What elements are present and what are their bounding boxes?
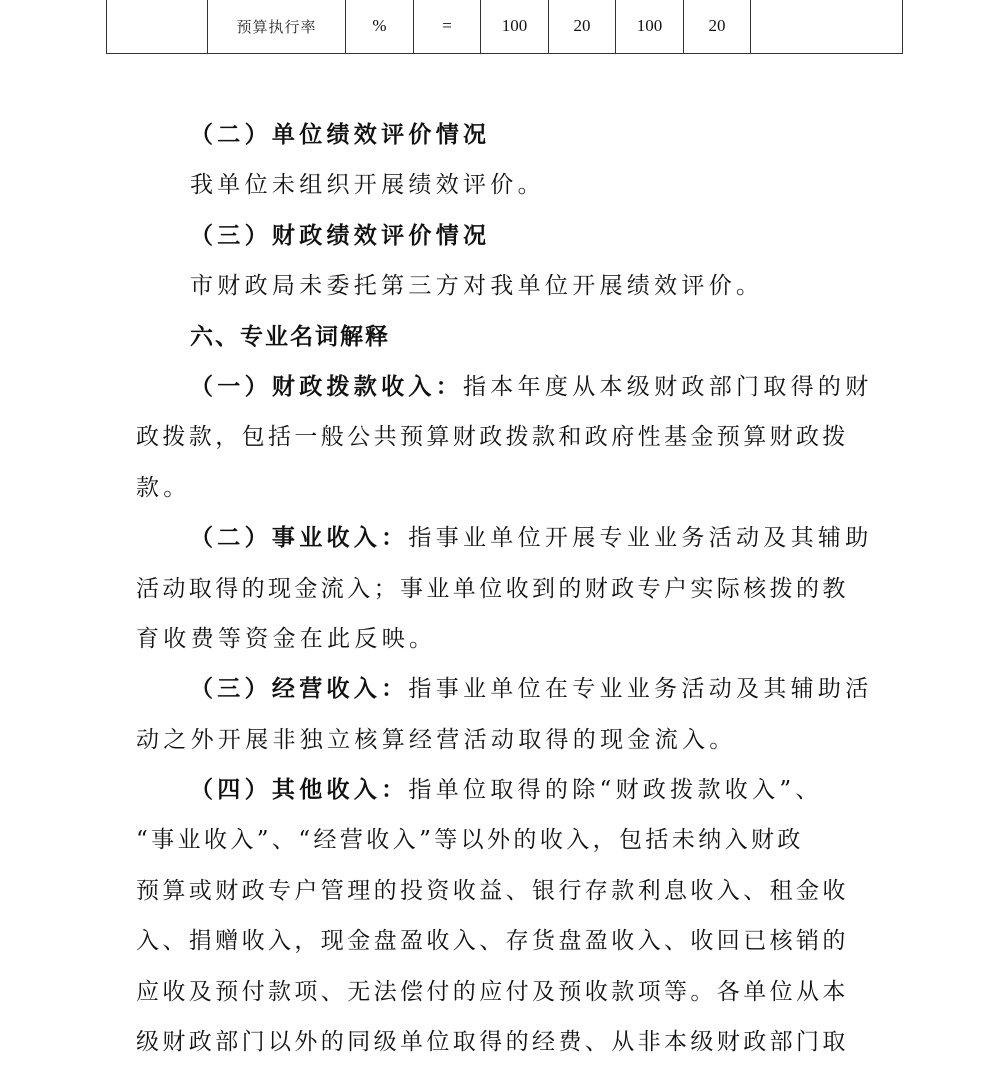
- table-cell-empty: [107, 0, 208, 54]
- paragraph-finance-evaluation: 市财政局未委托第三方对我单位开展绩效评价。: [136, 261, 876, 311]
- glossary-text: 指单位取得的除“财政拨款收入”、: [408, 777, 822, 803]
- table-cell-value: 100: [481, 0, 549, 54]
- glossary-text: 活动取得的现金流入；事业单位收到的财政专户实际核拨的教: [136, 564, 876, 614]
- section-heading-unit-evaluation: （二）单位绩效评价情况: [136, 110, 876, 160]
- glossary-text: 政拨款，包括一般公共预算财政拨款和政府性基金预算财政拨: [136, 412, 876, 462]
- glossary-text: 动之外开展非独立核算经营活动取得的现金流入。: [136, 715, 876, 765]
- glossary-term: （二）事业收入：: [190, 524, 408, 551]
- glossary-text: 预算或财政专户管理的投资收益、银行存款利息收入、租金收: [136, 866, 876, 916]
- paragraph-unit-evaluation: 我单位未组织开展绩效评价。: [136, 160, 876, 210]
- document-body: （二）单位绩效评价情况 我单位未组织开展绩效评价。 （三）财政绩效评价情况 市财…: [136, 110, 876, 1067]
- table-cell-empty: [751, 0, 903, 54]
- glossary-text: 应收及预付款项、无法偿付的应付及预收款项等。各单位从本: [136, 967, 876, 1017]
- glossary-text: 育收费等资金在此反映。: [136, 614, 876, 664]
- table-cell-unit: %: [346, 0, 414, 54]
- glossary-term: （一）财政拨款收入：: [190, 373, 463, 400]
- glossary-text: 指事业单位在专业业务活动及其辅助活: [408, 676, 872, 702]
- glossary-text: 级财政部门以外的同级单位取得的经费、从非本级财政部门取: [136, 1017, 876, 1067]
- table-cell-value: 20: [549, 0, 616, 54]
- glossary-item-other-income: （四）其他收入：指单位取得的除“财政拨款收入”、 “事业收入”、“经营收入”等以…: [136, 765, 876, 1067]
- table-cell-value: 20: [684, 0, 751, 54]
- table-row: 预算执行率 % = 100 20 100 20: [107, 0, 903, 54]
- glossary-text: 款。: [136, 463, 876, 513]
- glossary-text: “事业收入”、“经营收入”等以外的收入，包括未纳入财政: [136, 815, 876, 865]
- table-cell-indicator: 预算执行率: [208, 0, 346, 54]
- glossary-term: （四）其他收入：: [190, 776, 408, 803]
- glossary-text: 指本年度从本级财政部门取得的财: [463, 374, 873, 400]
- table-cell-value: 100: [616, 0, 684, 54]
- glossary-item-operating-income: （三）经营收入：指事业单位在专业业务活动及其辅助活 动之外开展非独立核算经营活动…: [136, 664, 876, 765]
- glossary-term: （三）经营收入：: [190, 675, 408, 702]
- glossary-item-business-income: （二）事业收入：指事业单位开展专业业务活动及其辅助 活动取得的现金流入；事业单位…: [136, 513, 876, 664]
- glossary-item-fiscal-appropriation: （一）财政拨款收入：指本年度从本级财政部门取得的财 政拨款，包括一般公共预算财政…: [136, 362, 876, 513]
- glossary-text: 入、捐赠收入，现金盘盈收入、存货盘盈收入、收回已核销的: [136, 916, 876, 966]
- section-heading-finance-evaluation: （三）财政绩效评价情况: [136, 211, 876, 261]
- chapter-heading-glossary: 六、专业名词解释: [136, 312, 876, 362]
- budget-table: 预算执行率 % = 100 20 100 20: [106, 0, 903, 54]
- glossary-text: 指事业单位开展专业业务活动及其辅助: [408, 525, 872, 551]
- table-cell-operator: =: [414, 0, 481, 54]
